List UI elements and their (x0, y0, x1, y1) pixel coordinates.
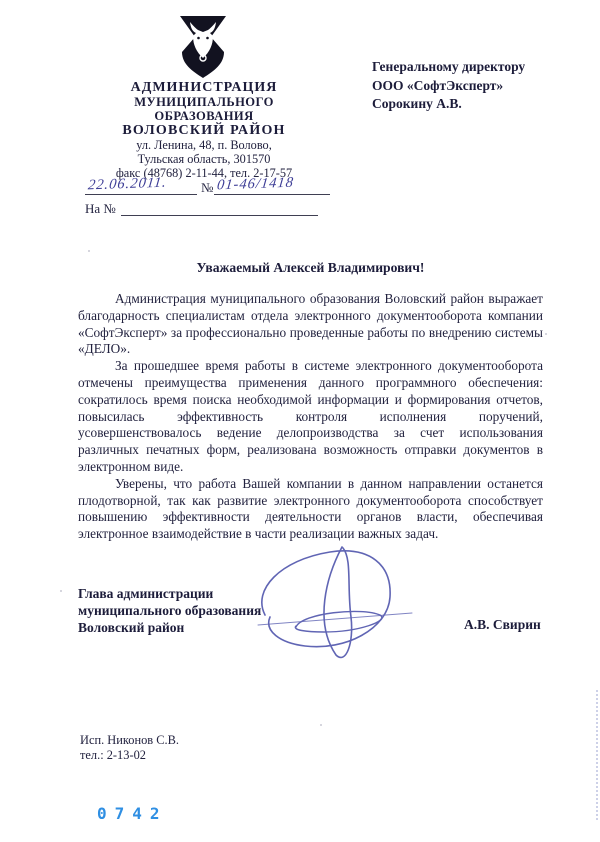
handwritten-date: 22.06.2011. (87, 175, 168, 195)
address-line: Тульская область, 301570 (84, 153, 324, 167)
scan-speck (60, 590, 62, 592)
handwritten-outgoing-number: 01-46/1418 (216, 175, 295, 195)
org-name-line: МУНИЦИПАЛЬНОГО ОБРАЗОВАНИЯ (84, 95, 324, 123)
org-name-block: АДМИНИСТРАЦИЯ МУНИЦИПАЛЬНОГО ОБРАЗОВАНИЯ… (84, 80, 324, 138)
recipient-block: Генеральному директору ООО «СофтЭксперт»… (372, 58, 587, 114)
letter-body: Администрация муниципального образования… (78, 291, 543, 543)
recipient-line: ООО «СофтЭксперт» (372, 77, 587, 96)
scan-edge-artifact (596, 690, 598, 820)
handwritten-signature (240, 545, 440, 665)
coat-of-arms-icon (178, 15, 228, 79)
number-sign-label: № (201, 180, 213, 196)
org-name-line: ВОЛОВСКИЙ РАЙОН (84, 123, 324, 138)
scanned-letter-page: АДМИНИСТРАЦИЯ МУНИЦИПАЛЬНОГО ОБРАЗОВАНИЯ… (0, 0, 600, 842)
paragraph: Администрация муниципального образования… (78, 291, 543, 358)
salutation: Уважаемый Алексей Владимирович! (78, 260, 543, 276)
date-underline (85, 194, 197, 195)
scan-speck (545, 333, 547, 335)
executor-phone: тел.: 2-13-02 (80, 748, 179, 763)
org-name-line: АДМИНИСТРАЦИЯ (84, 80, 324, 95)
registration-stamp-number: 0742 (97, 804, 168, 823)
signer-name: А.В. Свирин (464, 617, 564, 633)
reply-to-label: На № (85, 201, 116, 217)
recipient-line: Генеральному директору (372, 58, 587, 77)
scan-speck (320, 724, 322, 726)
executor-name: Исп. Никонов С.В. (80, 733, 179, 748)
paragraph: За прошедшее время работы в системе элек… (78, 358, 543, 476)
executor-block: Исп. Никонов С.В. тел.: 2-13-02 (80, 733, 179, 763)
scan-speck (88, 250, 90, 252)
recipient-line: Сорокину А.В. (372, 95, 587, 114)
number-underline (214, 194, 330, 195)
reply-underline (121, 215, 318, 216)
address-line: ул. Ленина, 48, п. Волово, (84, 139, 324, 153)
paragraph: Уверены, что работа Вашей компании в дан… (78, 476, 543, 543)
